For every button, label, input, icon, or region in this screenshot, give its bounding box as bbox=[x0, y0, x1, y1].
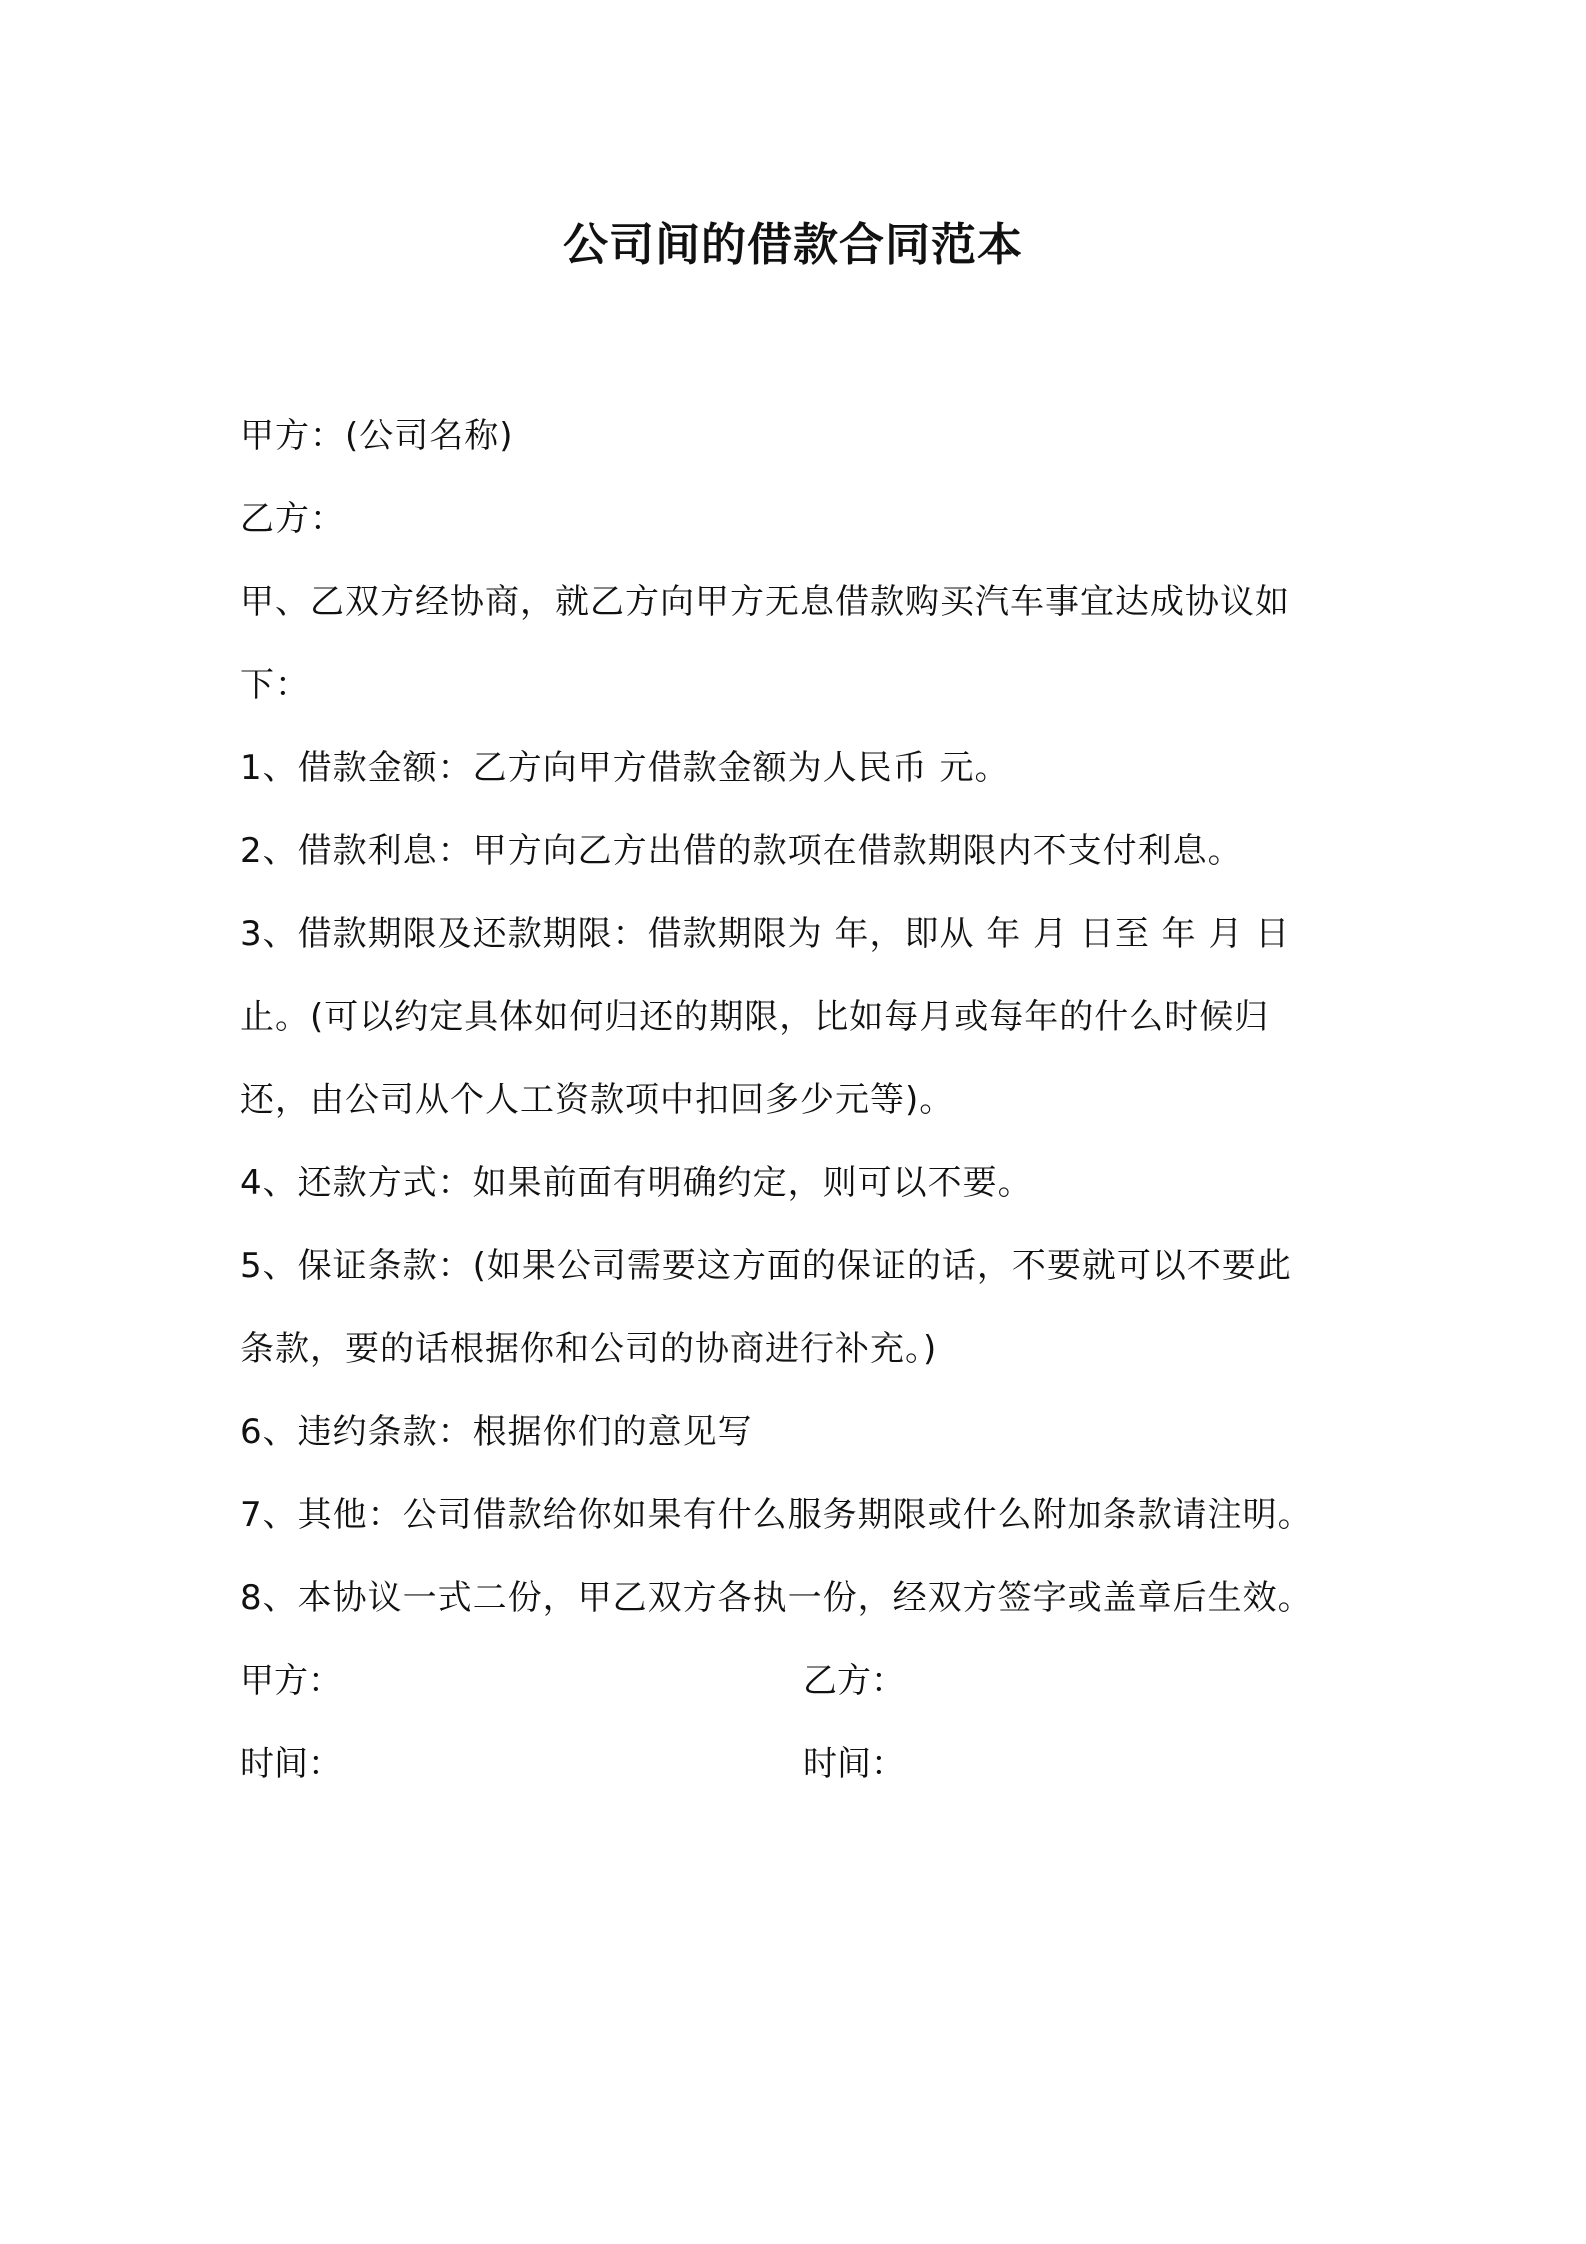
clause-3-line-3: 还，由公司从个人工资款项中扣回多少元等)。 bbox=[240, 1076, 954, 1124]
signature-time-a: 时间： bbox=[240, 1740, 342, 1788]
party-b-line: 乙方： bbox=[240, 495, 345, 543]
clause-1: 1、借款金额：乙方向甲方借款金额为人民币 元。 bbox=[240, 744, 1009, 792]
party-a-line: 甲方：(公司名称) bbox=[240, 412, 514, 460]
clause-3-line-1: 3、借款期限及还款期限：借款期限为 年，即从 年 月 日至 年 月 日 bbox=[240, 910, 1290, 958]
clause-3-line-2: 止。(可以约定具体如何归还的期限，比如每月或每年的什么时候归 bbox=[240, 993, 1269, 1041]
intro-line-1: 甲、乙双方经协商，就乙方向甲方无息借款购买汽车事宜达成协议如 bbox=[240, 578, 1290, 626]
clause-6: 6、违约条款：根据你们的意见写 bbox=[240, 1408, 753, 1456]
clause-5-line-2: 条款，要的话根据你和公司的协商进行补充。) bbox=[240, 1325, 937, 1373]
document-title: 公司间的借款合同范本 bbox=[0, 213, 1586, 277]
signature-party-b: 乙方： bbox=[803, 1657, 905, 1705]
intro-line-2: 下： bbox=[240, 661, 310, 709]
clause-8: 8、本协议一式二份，甲乙双方各执一份，经双方签字或盖章后生效。 bbox=[240, 1574, 1313, 1622]
clause-4: 4、还款方式：如果前面有明确约定，则可以不要。 bbox=[240, 1159, 1033, 1207]
signature-party-a: 甲方： bbox=[240, 1657, 342, 1705]
clause-7: 7、其他：公司借款给你如果有什么服务期限或什么附加条款请注明。 bbox=[240, 1491, 1313, 1539]
clause-5-line-1: 5、保证条款：(如果公司需要这方面的保证的话，不要就可以不要此 bbox=[240, 1242, 1292, 1290]
signature-time-b: 时间： bbox=[803, 1740, 905, 1788]
clause-2: 2、借款利息：甲方向乙方出借的款项在借款期限内不支付利息。 bbox=[240, 827, 1243, 875]
